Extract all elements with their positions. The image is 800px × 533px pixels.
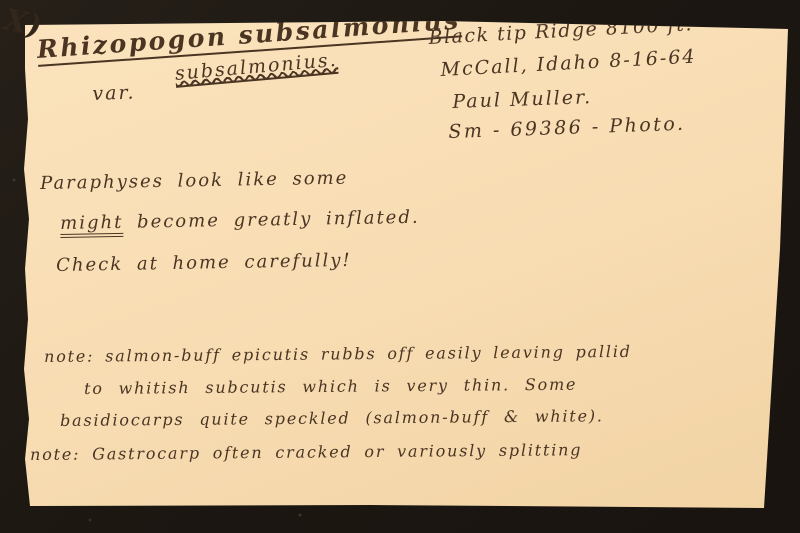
variety-label: var. xyxy=(92,81,136,104)
note1-label: note: xyxy=(44,347,94,366)
observation-line-2: might become greatly inflated. xyxy=(60,207,420,234)
observation-line-3: Check at home carefully! xyxy=(56,250,352,276)
observation-line-1: Paraphyses look like some xyxy=(40,168,348,194)
corner-check-mark: X) xyxy=(1,2,45,44)
index-card: Rhizopogon subsalmonius var. subsalmoniu… xyxy=(22,19,788,509)
observation-line-2-rest: become greatly inflated. xyxy=(123,207,420,233)
note1-line-3: basidiocarps quite speckled (salmon-buff… xyxy=(60,406,604,430)
collection-city-date: McCall, Idaho 8-16-64 xyxy=(440,46,697,81)
collection-specimen-number: Sm - 69386 - Photo. xyxy=(448,113,686,143)
emphasized-word: might xyxy=(60,212,124,238)
note2-label: note: xyxy=(30,445,80,464)
note1-line-1-text: salmon-buff epicutis rubbs off easily le… xyxy=(94,342,632,366)
photo-scene: X) Rhizopogon subsalmonius var. subsalmo… xyxy=(0,0,800,533)
note1-line-1: note: salmon-buff epicutis rubbs off eas… xyxy=(44,342,632,366)
note1-line-2: to whitish subcutis which is very thin. … xyxy=(84,375,577,398)
collection-collector: Paul Muller. xyxy=(452,86,592,113)
note2-line-1-text: Gastrocarp often cracked or variously sp… xyxy=(80,440,582,463)
note2-line-1: note: Gastrocarp often cracked or variou… xyxy=(30,440,582,464)
